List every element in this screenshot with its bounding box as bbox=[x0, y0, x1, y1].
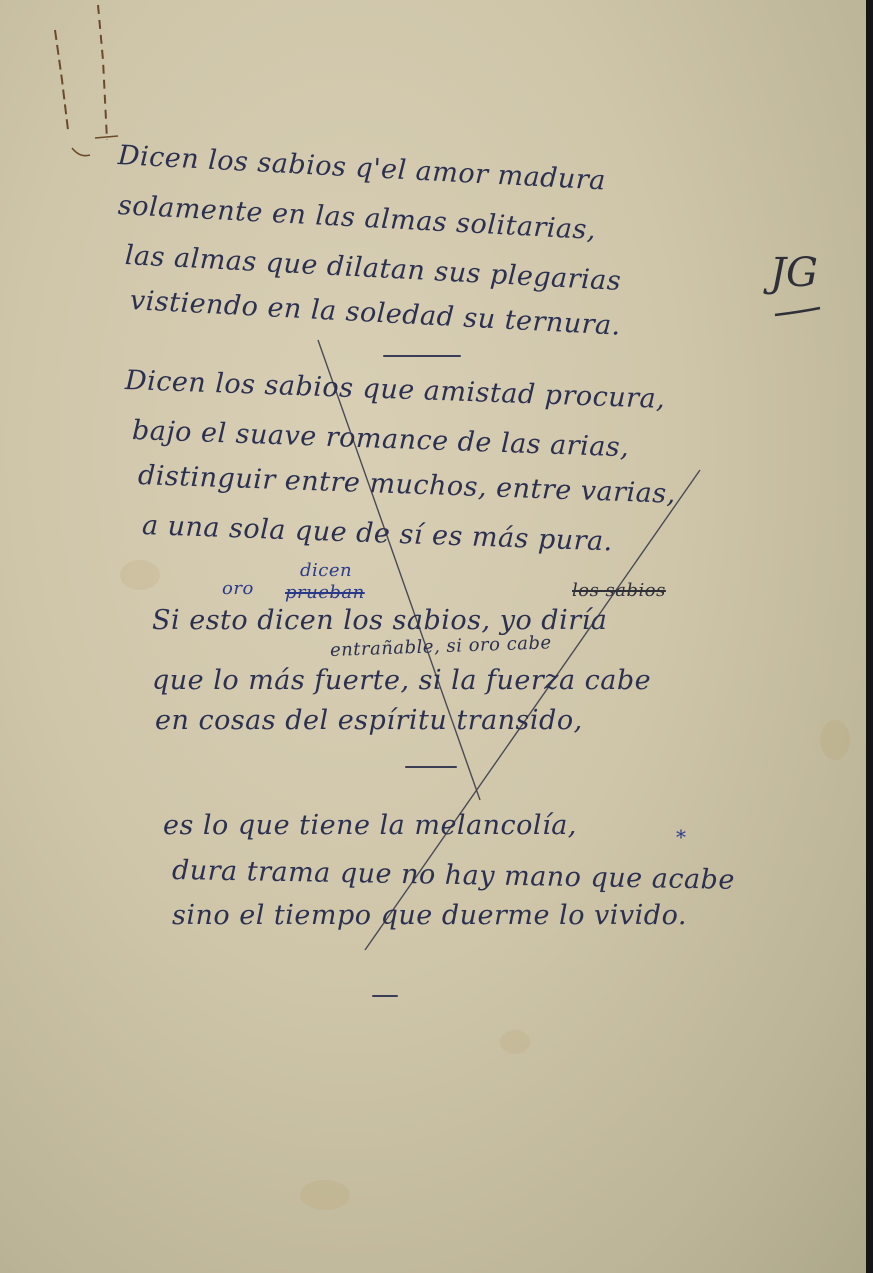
correction-oro: oro bbox=[222, 578, 254, 599]
author-monogram: JG bbox=[770, 250, 818, 296]
stanza-divider bbox=[405, 766, 457, 768]
stanza-4-line-3: sino el tiempo que duerme lo vivido. bbox=[172, 900, 687, 931]
stanza-3-line-3: en cosas del espíritu transido, bbox=[155, 705, 583, 736]
stanza-4-line-1: es lo que tiene la melancolía, bbox=[163, 810, 577, 841]
correction-dicen: dicen bbox=[300, 560, 352, 581]
closing-dash bbox=[372, 995, 398, 997]
manuscript-page: JG Dicen los sabios q'el amor madura sol… bbox=[0, 0, 866, 1273]
insertion-mark: * bbox=[676, 825, 687, 849]
correction-prueban: prueban bbox=[285, 582, 365, 603]
scan-border bbox=[866, 0, 873, 1273]
stanza-3-line-1: Si esto dicen los sabios, yo diría bbox=[152, 605, 607, 636]
struck-margin-words: los sabios bbox=[572, 580, 666, 601]
stanza-divider bbox=[383, 355, 461, 357]
stanza-3-line-2: que lo más fuerte, si la fuerza cabe bbox=[152, 665, 651, 696]
